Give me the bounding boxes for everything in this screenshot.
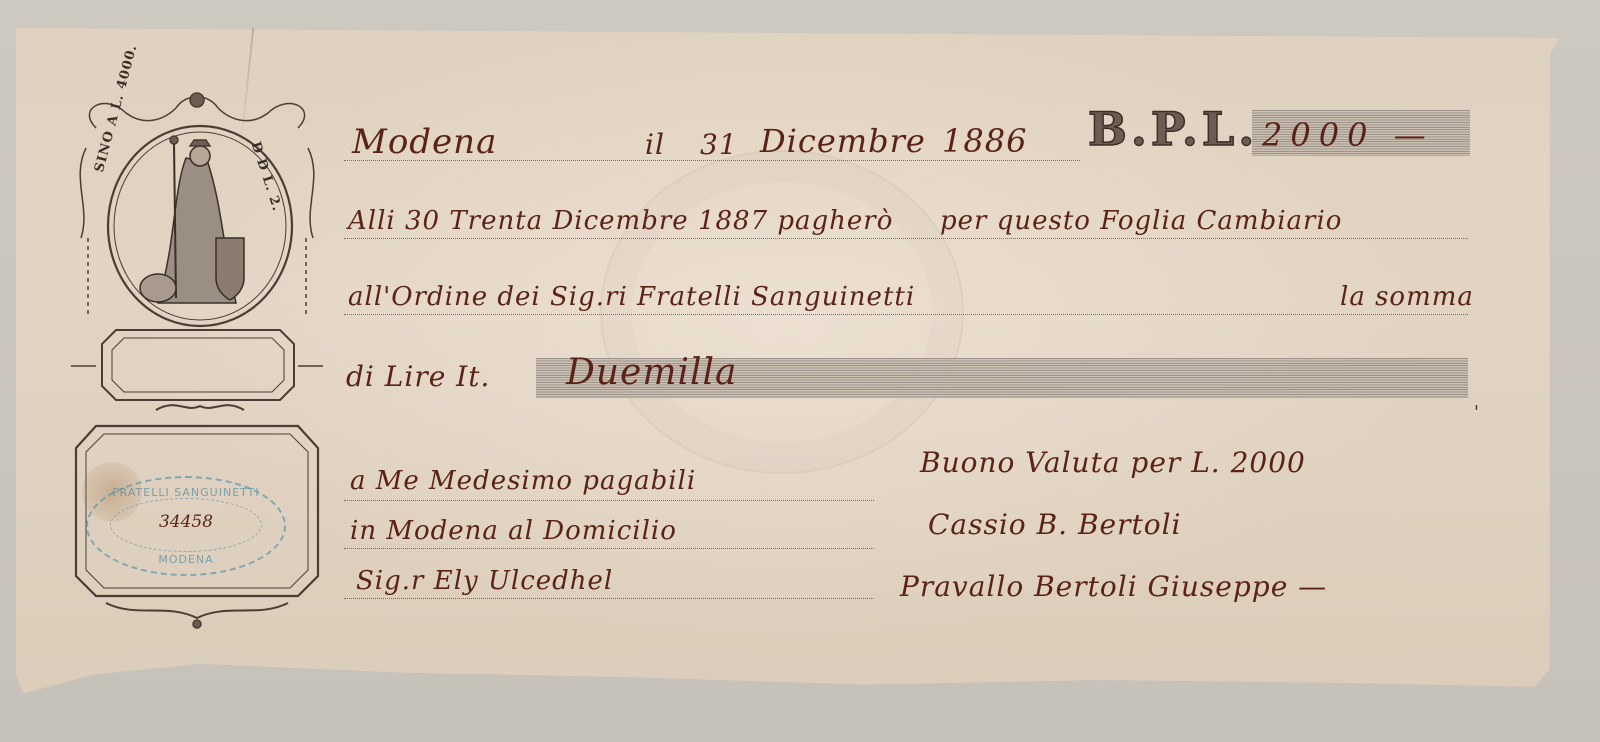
currency-mark: B.P.L. [1088,102,1258,156]
stamp-top-text: FRATELLI SANGUINETTI [88,486,284,499]
value-received-text: Buono Valuta per L. 2000 [920,446,1306,479]
month-text: Dicembre [760,122,926,160]
year-text: 1886 [942,122,1027,160]
bill-type-text: per questo Foglia Cambiario [940,206,1342,236]
mark-apostrophe: ' [1474,402,1479,423]
signature-1: Cassio B. Bertoli [928,508,1182,541]
due-date-text: Alli 30 Trenta Dicembre 1887 pagherò [348,206,893,236]
domicile-name-text: Sig.r Ely Ulcedhel [356,566,613,596]
body-line-1 [344,238,1468,239]
signature-2: Pravallo Bertoli Giuseppe — [900,570,1327,603]
lire-label: di Lire It. [346,360,490,393]
payable-at-text: in Modena al Domicilio [350,516,677,546]
sum-label-text: la somma [1340,282,1474,312]
company-stamp: FRATELLI SANGUINETTI 34458 MODENA [86,476,286,576]
place-text: Modena [352,122,497,162]
footer-left-line-3 [344,598,874,599]
body-line-2 [344,314,1468,315]
embossed-watermark [600,150,964,474]
footer-left-line-2 [344,548,874,549]
amount-figures: 2000 — [1262,116,1434,154]
payable-to-text: a Me Medesimo pagabili [350,466,696,496]
il-text: il [645,128,665,161]
stamp-serial-number: 34458 [88,512,284,532]
footer-left-line-1 [344,500,874,501]
day-text: 31 [700,128,738,161]
stamp-bottom-text: MODENA [88,553,284,566]
payee-text: all'Ordine dei Sig.ri Fratelli Sanguinet… [348,282,915,312]
amount-in-words: Duemilla [566,352,738,393]
